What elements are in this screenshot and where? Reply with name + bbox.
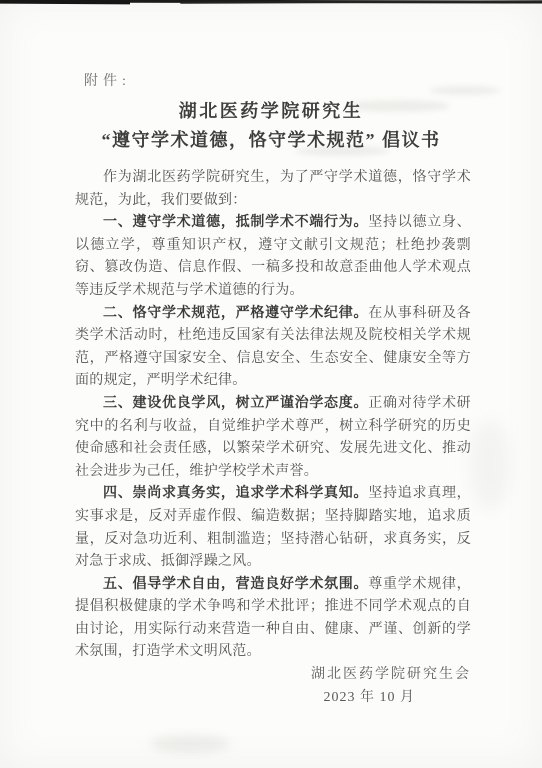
section-5-heading: 五、倡导学术自由，营造良好学术氛围。 <box>103 577 368 592</box>
scan-edge-artifact <box>0 0 130 4</box>
section-paragraph-1: 一、遵守学术道德，抵制学术不端行为。坚持以德立身、以德立学，尊重知识产权，遵守文… <box>75 212 471 302</box>
scanned-document-page: 附件: 湖北医药学院研究生 “遵守学术道德，恪守学术规范” 倡议书 作为湖北医药… <box>0 0 542 768</box>
section-4-heading: 四、崇尚求真务实，追求学术科学真知。 <box>103 486 368 501</box>
attachment-label: 附件: <box>84 70 131 90</box>
scan-smudge <box>150 735 230 753</box>
scan-smudge <box>470 420 510 510</box>
document-title-line1: 湖北医药学院研究生 <box>0 97 542 123</box>
section-paragraph-5: 五、倡导学术自由，营造良好学术氛围。尊重学术规律，提倡积极健康的学术争鸣和学术批… <box>75 574 471 664</box>
scan-smudge <box>430 86 500 95</box>
section-paragraph-2: 二、恪守学术规范，严格遵守学术纪律。在从事科研及各类学术活动时，杜绝违反国家有关… <box>75 303 471 393</box>
document-body: 作为湖北医药学院研究生，为了严守学术道德，恪守学术规范，为此，我们要做到： 一、… <box>75 167 471 709</box>
intro-paragraph: 作为湖北医药学院研究生，为了严守学术道德，恪守学术规范，为此，我们要做到： <box>75 167 471 212</box>
signature: 湖北医药学院研究生会 <box>75 664 471 687</box>
section-paragraph-4: 四、崇尚求真务实，追求学术科学真知。坚持追求真理，实事求是，反对弄虚作假、编造数… <box>75 483 471 573</box>
section-1-heading: 一、遵守学术道德，抵制学术不端行为。 <box>103 215 368 230</box>
section-paragraph-3: 三、建设优良学风，树立严谨治学态度。正确对待学术研究中的名利与收益，自觉维护学术… <box>75 393 471 483</box>
document-title-line2: “遵守学术道德，恪守学术规范” 倡议书 <box>0 126 542 152</box>
section-2-heading: 二、恪守学术规范，严格遵守学术纪律。 <box>103 306 368 321</box>
date: 2023 年 10 月 <box>75 687 471 710</box>
section-3-heading: 三、建设优良学风，树立严谨治学态度。 <box>103 396 368 411</box>
